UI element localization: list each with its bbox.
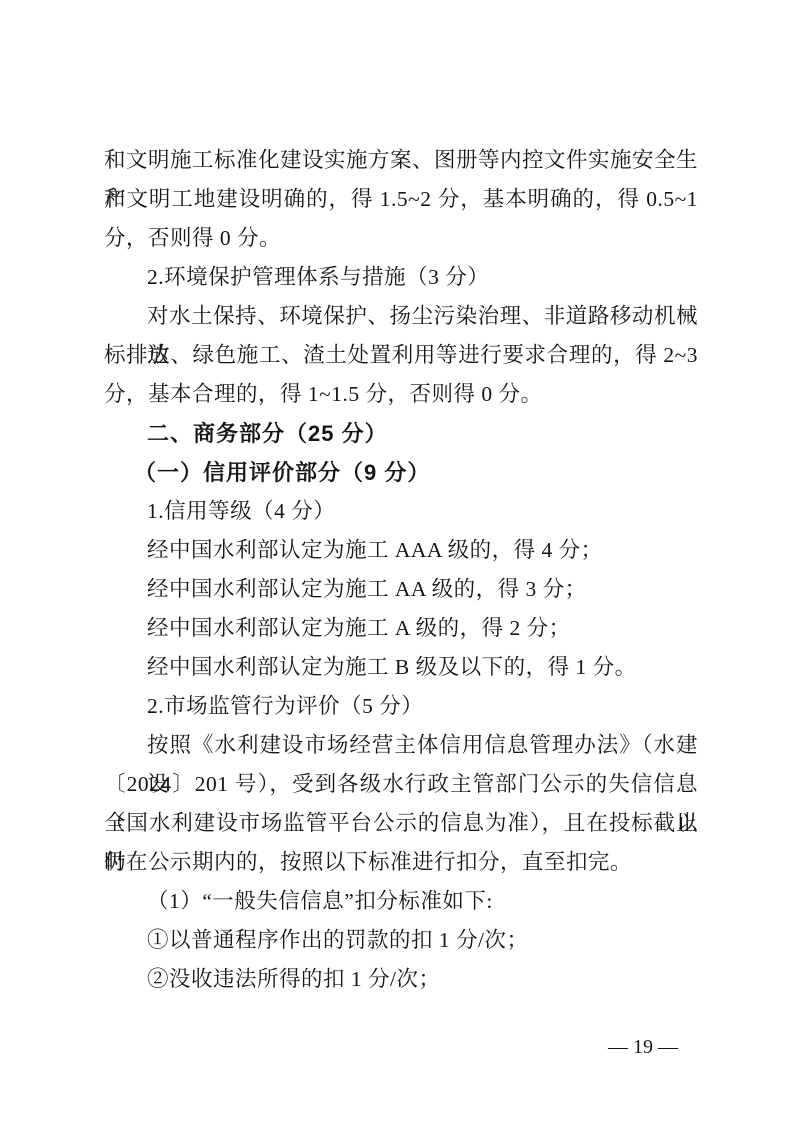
page-number: — 19 — [608, 1036, 698, 1059]
text-line: 经中国水利部认定为施工 AAA 级的，得 4 分； [104, 531, 698, 570]
text-line: 经中国水利部认定为施工 AA 级的，得 3 分； [104, 570, 698, 609]
document-body: 和文明施工标准化建设实施方案、图册等内控文件实施安全生产和文明工地建设明确的，得… [104, 141, 698, 999]
text-line: 对水土保持、环境保护、扬尘污染治理、非道路移动机械达 [104, 297, 698, 336]
text-line: 分，基本合理的，得 1~1.5 分，否则得 0 分。 [104, 375, 698, 414]
text-line: （1）“一般失信信息”扣分标准如下: [104, 882, 698, 921]
text-line: 和文明施工标准化建设实施方案、图册等内控文件实施安全生产 [104, 141, 698, 180]
text-line: 1.信用等级（4 分） [104, 492, 698, 531]
heading-line: 二、商务部分（25 分） [104, 414, 698, 453]
text-line: 分，否则得 0 分。 [104, 219, 698, 258]
text-line: 标排放、绿色施工、渣土处置利用等进行要求合理的，得 2~3 [104, 336, 698, 375]
text-line: 仍在公示期内的，按照以下标准进行扣分，直至扣完。 [104, 843, 698, 882]
text-line: ①以普通程序作出的罚款的扣 1 分/次； [104, 921, 698, 960]
text-line: 按照《水利建设市场经营主体信用信息管理办法》（水建设 [104, 726, 698, 765]
text-line: 经中国水利部认定为施工 B 级及以下的，得 1 分。 [104, 648, 698, 687]
text-line: 2.市场监管行为评价（5 分） [104, 687, 698, 726]
text-line: 和文明工地建设明确的，得 1.5~2 分，基本明确的，得 0.5~1 [104, 180, 698, 219]
document-page: 和文明施工标准化建设实施方案、图册等内控文件实施安全生产和文明工地建设明确的，得… [0, 0, 793, 1122]
text-line: 2.环境保护管理体系与措施（3 分） [104, 258, 698, 297]
text-line: 经中国水利部认定为施工 A 级的，得 2 分； [104, 609, 698, 648]
text-line: 〔2024〕201 号），受到各级水行政主管部门公示的失信信息（以 [104, 765, 698, 804]
text-line: ②没收违法所得的扣 1 分/次； [104, 960, 698, 999]
heading-line: （一）信用评价部分（9 分） [104, 453, 698, 492]
text-line: 全国水利建设市场监管平台公示的信息为准），且在投标截止时 [104, 804, 698, 843]
